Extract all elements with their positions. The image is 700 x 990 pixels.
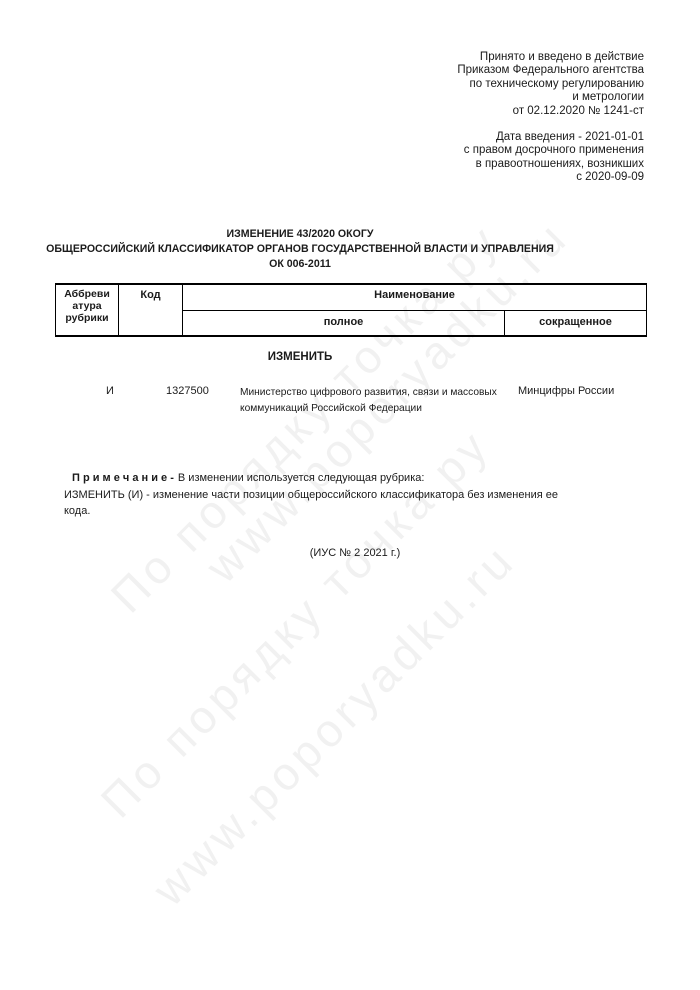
row-code: 1327500 [166, 385, 209, 397]
introduction-line: с правом досрочного применения [464, 144, 644, 157]
note-lead-text: В изменении используется следующая рубри… [178, 472, 425, 484]
classifier-table-header: Аббреви атура рубрики Код Наименование п… [55, 283, 647, 337]
row-full-name-line: коммуникаций Российской Федерации [240, 401, 497, 417]
document-title-line: ИЗМЕНЕНИЕ 43/2020 ОКОГУ [30, 227, 570, 242]
column-header-line: Аббреви [56, 288, 118, 300]
document-content: Принято и введено в действие Приказом Фе… [0, 0, 700, 990]
adoption-line: Принято и введено в действие [457, 51, 644, 64]
note-block: П р и м е ч а н и е -В изменении использ… [64, 470, 558, 520]
column-header-name-group: Наименование полное сокращенное [183, 285, 646, 335]
document-page: По порядку точка ру www.poporyadku.ru По… [0, 0, 700, 990]
column-header-name-subgroup: полное сокращенное [183, 311, 646, 335]
adoption-line: от 02.12.2020 № 1241-ст [457, 105, 644, 118]
introduction-line: в правоотношениях, возникших [464, 158, 644, 171]
change-section-heading: ИЗМЕНИТЬ [30, 351, 570, 363]
note-lead-line: П р и м е ч а н и е -В изменении использ… [64, 470, 558, 487]
row-full-name: Министерство цифрового развития, связи и… [240, 385, 497, 416]
column-header-line: атура [56, 300, 118, 312]
note-body: ИЗМЕНИТЬ (И) - изменение части позиции о… [64, 487, 558, 520]
introduction-line: с 2020-09-09 [464, 171, 644, 184]
column-header-name-short: сокращенное [505, 311, 646, 335]
adoption-line: и метрологии [457, 91, 644, 104]
row-rubric-abbreviation: И [106, 385, 114, 397]
note-body-line: кода. [64, 503, 558, 520]
column-header-name-full: полное [183, 311, 505, 335]
document-title-line: ОК 006-2011 [30, 257, 570, 272]
source-reference: (ИУС № 2 2021 г.) [65, 547, 645, 559]
adoption-block: Принято и введено в действие Приказом Фе… [457, 51, 644, 118]
adoption-line: по техническому регулированию [457, 78, 644, 91]
column-header-code: Код [119, 285, 183, 335]
column-header-name: Наименование [183, 285, 646, 311]
document-title-line: ОБЩЕРОССИЙСКИЙ КЛАССИФИКАТОР ОРГАНОВ ГОС… [30, 242, 570, 257]
column-header-rubric-abbreviation: Аббреви атура рубрики [56, 285, 119, 335]
row-short-name: Минцифры России [518, 385, 614, 397]
column-header-line: рубрики [56, 312, 118, 324]
document-title: ИЗМЕНЕНИЕ 43/2020 ОКОГУ ОБЩЕРОССИЙСКИЙ К… [30, 227, 570, 272]
note-label: П р и м е ч а н и е - [72, 472, 174, 484]
row-full-name-line: Министерство цифрового развития, связи и… [240, 385, 497, 401]
note-body-line: ИЗМЕНИТЬ (И) - изменение части позиции о… [64, 487, 558, 504]
introduction-line: Дата введения - 2021-01-01 [464, 131, 644, 144]
introduction-date-block: Дата введения - 2021-01-01 с правом доср… [464, 131, 644, 185]
adoption-line: Приказом Федерального агентства [457, 64, 644, 77]
